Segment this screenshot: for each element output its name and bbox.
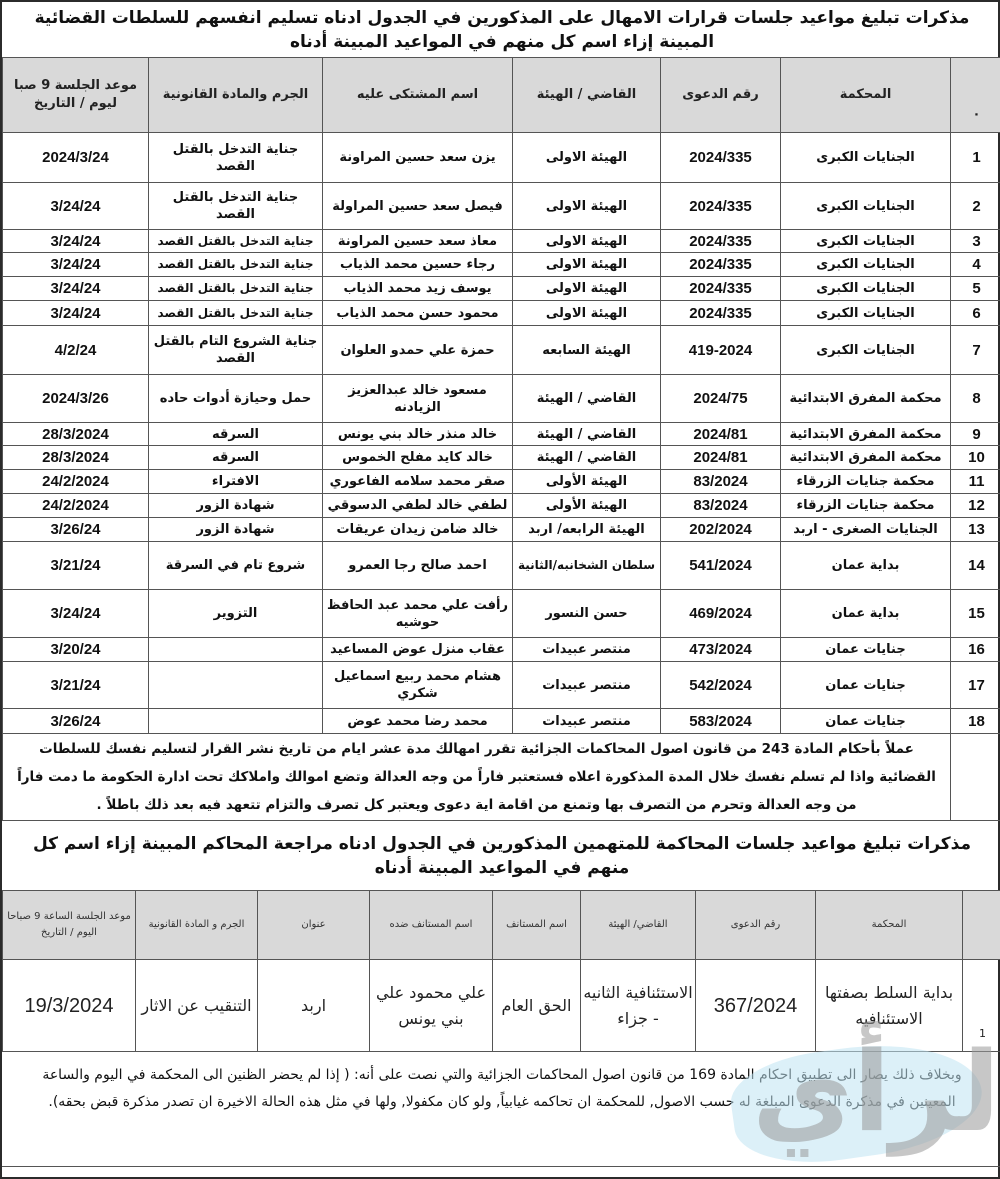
- col-header-date: موعد الجلسة 9 صبا ليوم / التاريخ: [3, 58, 149, 133]
- col-header-case-no: رقم الدعوى: [696, 891, 816, 960]
- col-header-index: [963, 891, 1000, 960]
- section2-heading: مذكرات تبليغ مواعيد جلسات المحاكمة للمته…: [2, 824, 1000, 890]
- row-court: جنايات عمان: [781, 662, 951, 709]
- row-court: الجنايات الكبرى: [781, 230, 951, 253]
- col-header-crime: الجرم و المادة القانونية: [136, 891, 258, 960]
- table-row: 13 الجنايات الصغرى - اربد 202/2024 الهيئ…: [3, 518, 1000, 542]
- row-index: 18: [951, 709, 1000, 734]
- row-index: 12: [951, 494, 1000, 518]
- row-judge: الهيئة الاولى: [513, 183, 661, 230]
- row-index: 8: [951, 375, 1000, 423]
- row-crime: شهادة الزور: [149, 494, 323, 518]
- row-court: جنايات عمان: [781, 709, 951, 734]
- row-index: 7: [951, 326, 1000, 375]
- row-index: 1: [951, 133, 1000, 183]
- row-index: 5: [951, 277, 1000, 301]
- row-index: 2: [951, 183, 1000, 230]
- table-row: 1 بداية السلط بصفتها الاستئنافيه 367/202…: [3, 960, 1000, 1052]
- row-date: 3/24/24: [3, 253, 149, 277]
- table-row: 3 الجنايات الكبرى 2024/335 الهيئة الاولى…: [3, 230, 1000, 253]
- row-defendant: يوسف زيد محمد الذياب: [323, 277, 513, 301]
- row-crime: التنقيب عن الاثار: [136, 960, 258, 1052]
- row-date: 2024/3/24: [3, 133, 149, 183]
- row-date: 4/2/24: [3, 326, 149, 375]
- row-index: 13: [951, 518, 1000, 542]
- row-defendant: لطفي خالد لطفي الدسوقي: [323, 494, 513, 518]
- row-judge: الهيئة الاولى: [513, 277, 661, 301]
- row-judge: الهيئة الأولى: [513, 470, 661, 494]
- col-header-appellee: اسم المستانف ضده: [370, 891, 493, 960]
- table-row: 18 جنايات عمان 583/2024 منتصر عبيدات محم…: [3, 709, 1000, 734]
- row-case-no: 2024/335: [661, 253, 781, 277]
- table-row: 7 الجنايات الكبرى 419-2024 الهيئة السابع…: [3, 326, 1000, 375]
- row-crime: جناية التدخل بالقتل القصد: [149, 183, 323, 230]
- row-judge: منتصر عبيدات: [513, 709, 661, 734]
- col-header-index: ٠: [951, 58, 1000, 133]
- row-case-no: 2024/335: [661, 277, 781, 301]
- row-date: 3/24/24: [3, 301, 149, 326]
- table-row: 16 جنايات عمان 473/2024 منتصر عبيدات عقا…: [3, 638, 1000, 662]
- row-crime: الافتراء: [149, 470, 323, 494]
- row-index: 10: [951, 446, 1000, 470]
- col-header-court: المحكمة: [781, 58, 951, 133]
- row-defendant: خالد كايد مفلح الخموس: [323, 446, 513, 470]
- table-row: 10 محكمة المفرق الابتدائية 2024/81 القاض…: [3, 446, 1000, 470]
- row-judge: حسن النسور: [513, 590, 661, 638]
- row-defendant: احمد صالح رجا العمرو: [323, 542, 513, 590]
- row-case-no: 2024/335: [661, 301, 781, 326]
- row-date: 3/21/24: [3, 542, 149, 590]
- row-case-no: 583/2024: [661, 709, 781, 734]
- row-date: 3/26/24: [3, 518, 149, 542]
- table-row: 14 بداية عمان 541/2024 سلطان الشخانبه/ال…: [3, 542, 1000, 590]
- notice-index-cell: [951, 734, 1000, 821]
- row-crime: حمل وحيازة أدوات حاده: [149, 375, 323, 423]
- col-header-crime: الجرم والمادة القانونية: [149, 58, 323, 133]
- article-169-notice: وبخلاف ذلك يصار الى تطبيق احكام المادة 1…: [2, 1052, 1000, 1167]
- row-defendant: معاذ سعد حسين المراونة: [323, 230, 513, 253]
- row-court: محكمة جنايات الزرقاء: [781, 494, 951, 518]
- row-date: 3/26/24: [3, 709, 149, 734]
- row-crime: [149, 709, 323, 734]
- row-defendant: يزن سعد حسين المراونة: [323, 133, 513, 183]
- notice-page: مذكرات تبليغ مواعيد جلسات قرارات الامهال…: [0, 0, 1000, 1179]
- row-case-no: 473/2024: [661, 638, 781, 662]
- row-defendant: رجاء حسين محمد الذياب: [323, 253, 513, 277]
- table-row: 17 جنايات عمان 542/2024 منتصر عبيدات هشا…: [3, 662, 1000, 709]
- row-crime: التزوير: [149, 590, 323, 638]
- row-case-no: 2024/335: [661, 183, 781, 230]
- row-crime: جناية الشروع التام بالقتل القصد: [149, 326, 323, 375]
- row-judge: الهيئة الاولى: [513, 253, 661, 277]
- row-date: 3/24/24: [3, 277, 149, 301]
- summons-table: ٠ المحكمة رقم الدعوى القاضي / الهيئة اسم…: [2, 57, 1000, 821]
- row-crime: جناية التدخل بالقتل القصد: [149, 277, 323, 301]
- row-judge: منتصر عبيدات: [513, 638, 661, 662]
- row-court: بداية السلط بصفتها الاستئنافيه: [816, 960, 963, 1052]
- row-crime: جناية التدخل بالقتل القصد: [149, 230, 323, 253]
- row-crime: جناية التدخل بالقتل القصد: [149, 253, 323, 277]
- row-date: 19/3/2024: [3, 960, 136, 1052]
- table-row: 12 محكمة جنايات الزرقاء 83/2024 الهيئة ا…: [3, 494, 1000, 518]
- row-case-no: 469/2024: [661, 590, 781, 638]
- row-defendant: خالد ضامن زيدان عريقات: [323, 518, 513, 542]
- row-case-no: 202/2024: [661, 518, 781, 542]
- row-court: بداية عمان: [781, 542, 951, 590]
- row-index: 17: [951, 662, 1000, 709]
- col-header-date: موعد الجلسة الساعة 9 صباحا اليوم / التار…: [3, 891, 136, 960]
- article-243-notice: عملاً بأحكام المادة 243 من قانون اصول ال…: [3, 734, 951, 821]
- table-row: 9 محكمة المفرق الابتدائية 2024/81 القاضي…: [3, 423, 1000, 446]
- table-row: 2 الجنايات الكبرى 2024/335 الهيئة الاولى…: [3, 183, 1000, 230]
- table-row: 6 الجنايات الكبرى 2024/335 الهيئة الاولى…: [3, 301, 1000, 326]
- col-header-judge: القاضي/ الهيئة: [581, 891, 696, 960]
- row-index: 9: [951, 423, 1000, 446]
- row-crime: [149, 638, 323, 662]
- table-row: 11 محكمة جنايات الزرقاء 83/2024 الهيئة ا…: [3, 470, 1000, 494]
- row-court: جنايات عمان: [781, 638, 951, 662]
- row-index: 1: [963, 960, 1000, 1052]
- row-judge: سلطان الشخانبه/الثانية: [513, 542, 661, 590]
- row-defendant: محمد رضا محمد عوض: [323, 709, 513, 734]
- row-crime: [149, 662, 323, 709]
- row-court: الجنايات الصغرى - اربد: [781, 518, 951, 542]
- row-court: محكمة المفرق الابتدائية: [781, 446, 951, 470]
- row-date: 3/24/24: [3, 230, 149, 253]
- row-case-no: 2024/335: [661, 133, 781, 183]
- row-crime: شروع تام في السرقة: [149, 542, 323, 590]
- row-court: محكمة المفرق الابتدائية: [781, 375, 951, 423]
- col-header-court: المحكمة: [816, 891, 963, 960]
- row-defendant: هشام محمد ربيع اسماعيل شكري: [323, 662, 513, 709]
- trial-sessions-table: المحكمة رقم الدعوى القاضي/ الهيئة اسم ال…: [2, 890, 1000, 1052]
- row-index: 6: [951, 301, 1000, 326]
- row-date: 3/24/24: [3, 590, 149, 638]
- row-case-no: 2024/81: [661, 423, 781, 446]
- col-header-appellant: اسم المستانف: [493, 891, 581, 960]
- table-row: 15 بداية عمان 469/2024 حسن النسور رأفت ع…: [3, 590, 1000, 638]
- col-header-address: عنوان: [258, 891, 370, 960]
- col-header-defendant: اسم المشتكى عليه: [323, 58, 513, 133]
- table-row: 1 الجنايات الكبرى 2024/335 الهيئة الاولى…: [3, 133, 1000, 183]
- row-court: محكمة المفرق الابتدائية: [781, 423, 951, 446]
- row-judge: الهيئة الاولى: [513, 133, 661, 183]
- row-index: 4: [951, 253, 1000, 277]
- row-date: 28/3/2024: [3, 446, 149, 470]
- row-case-no: 419-2024: [661, 326, 781, 375]
- row-index: 11: [951, 470, 1000, 494]
- row-defendant: خالد منذر خالد بني يونس: [323, 423, 513, 446]
- table-header-row: المحكمة رقم الدعوى القاضي/ الهيئة اسم ال…: [3, 891, 1000, 960]
- row-defendant: مسعود خالد عبدالعزيز الزيادنه: [323, 375, 513, 423]
- row-case-no: 2024/75: [661, 375, 781, 423]
- row-crime: جناية التدخل بالقتل القصد: [149, 301, 323, 326]
- row-judge: الهيئة الاولى: [513, 230, 661, 253]
- row-defendant: حمزة علي حمدو العلوان: [323, 326, 513, 375]
- row-court: محكمة جنايات الزرقاء: [781, 470, 951, 494]
- row-case-no: 2024/335: [661, 230, 781, 253]
- row-crime: السرقه: [149, 423, 323, 446]
- row-defendant: محمود حسن محمد الذياب: [323, 301, 513, 326]
- row-court: الجنايات الكبرى: [781, 277, 951, 301]
- row-judge: منتصر عبيدات: [513, 662, 661, 709]
- row-date: 3/20/24: [3, 638, 149, 662]
- row-case-no: 541/2024: [661, 542, 781, 590]
- row-court: الجنايات الكبرى: [781, 183, 951, 230]
- row-defendant: رأفت علي محمد عبد الحافظ حوشيه: [323, 590, 513, 638]
- row-appellee: علي محمود علي بني يونس: [370, 960, 493, 1052]
- row-court: الجنايات الكبرى: [781, 326, 951, 375]
- table-header-row: ٠ المحكمة رقم الدعوى القاضي / الهيئة اسم…: [3, 58, 1000, 133]
- row-judge: القاضي / الهيئة: [513, 375, 661, 423]
- row-case-no: 367/2024: [696, 960, 816, 1052]
- row-index: 16: [951, 638, 1000, 662]
- notice-row: عملاً بأحكام المادة 243 من قانون اصول ال…: [3, 734, 1000, 821]
- table-row: 5 الجنايات الكبرى 2024/335 الهيئة الاولى…: [3, 277, 1000, 301]
- row-crime: شهادة الزور: [149, 518, 323, 542]
- row-defendant: عقاب منزل عوض المساعيد: [323, 638, 513, 662]
- row-appellant: الحق العام: [493, 960, 581, 1052]
- table-row: 8 محكمة المفرق الابتدائية 2024/75 القاضي…: [3, 375, 1000, 423]
- row-judge: الهيئة السابعه: [513, 326, 661, 375]
- row-court: بداية عمان: [781, 590, 951, 638]
- row-case-no: 542/2024: [661, 662, 781, 709]
- row-index: 14: [951, 542, 1000, 590]
- col-header-judge: القاضي / الهيئة: [513, 58, 661, 133]
- row-judge: القاضي / الهيئة: [513, 446, 661, 470]
- row-court: الجنايات الكبرى: [781, 133, 951, 183]
- section1-heading: مذكرات تبليغ مواعيد جلسات قرارات الامهال…: [2, 2, 1000, 57]
- row-case-no: 2024/81: [661, 446, 781, 470]
- table-row: 4 الجنايات الكبرى 2024/335 الهيئة الاولى…: [3, 253, 1000, 277]
- row-case-no: 83/2024: [661, 494, 781, 518]
- row-date: 24/2/2024: [3, 470, 149, 494]
- row-defendant: صقر محمد سلامه الفاعوري: [323, 470, 513, 494]
- row-judge: الهيئة الرابعه/ اربد: [513, 518, 661, 542]
- row-judge: الهيئة الأولى: [513, 494, 661, 518]
- row-judge: الاستئنافية الثانيه - جزاء: [581, 960, 696, 1052]
- row-judge: الهيئة الاولى: [513, 301, 661, 326]
- row-date: 28/3/2024: [3, 423, 149, 446]
- row-crime: السرقه: [149, 446, 323, 470]
- row-index: 3: [951, 230, 1000, 253]
- row-date: 24/2/2024: [3, 494, 149, 518]
- row-date: 2024/3/26: [3, 375, 149, 423]
- row-court: الجنايات الكبرى: [781, 301, 951, 326]
- row-judge: القاضي / الهيئة: [513, 423, 661, 446]
- row-defendant: فيصل سعد حسين المراولة: [323, 183, 513, 230]
- row-crime: جناية التدخل بالقتل القصد: [149, 133, 323, 183]
- row-date: 3/21/24: [3, 662, 149, 709]
- row-index: 15: [951, 590, 1000, 638]
- col-header-case-no: رقم الدعوى: [661, 58, 781, 133]
- row-address: اربد: [258, 960, 370, 1052]
- row-court: الجنايات الكبرى: [781, 253, 951, 277]
- row-date: 3/24/24: [3, 183, 149, 230]
- row-case-no: 83/2024: [661, 470, 781, 494]
